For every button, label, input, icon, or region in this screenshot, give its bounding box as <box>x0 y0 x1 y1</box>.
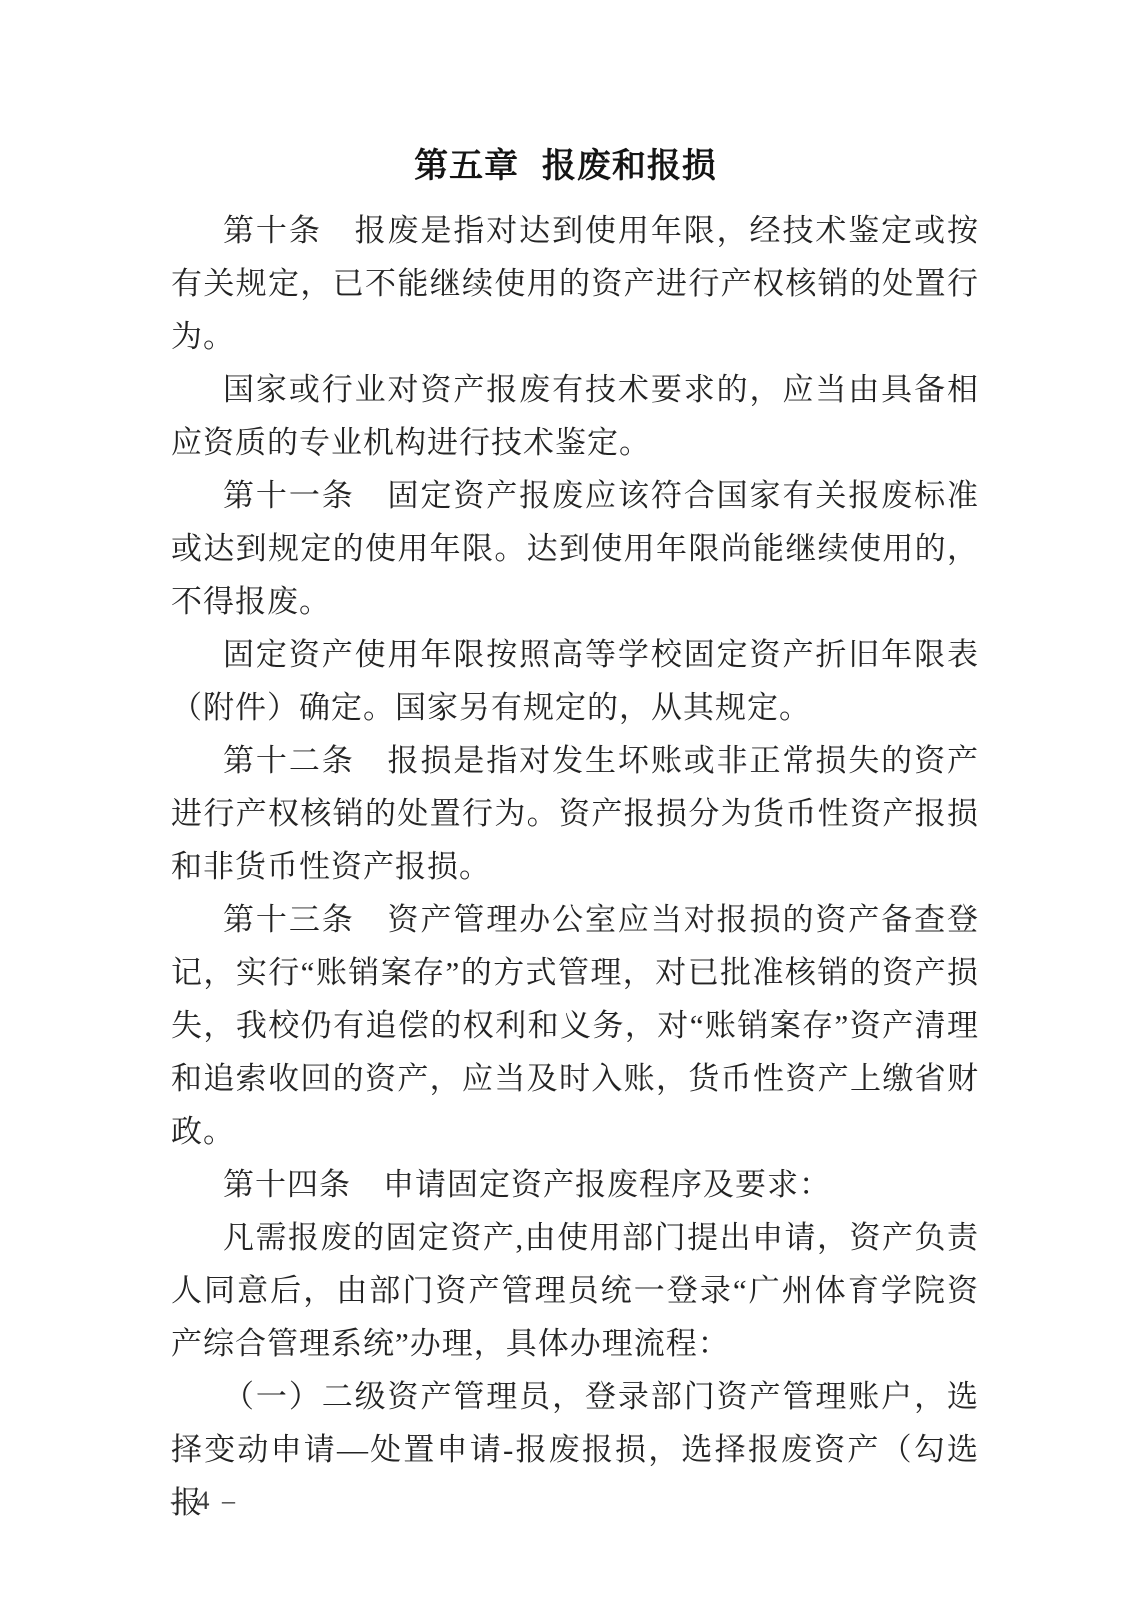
paragraph-article-14-procedure: 凡需报废的固定资产,由使用部门提出申请，资产负责人同意后，由部门资产管理员统一登… <box>171 1211 979 1370</box>
paragraph-article-11: 第十一条 固定资产报废应该符合国家有关报废标准或达到规定的使用年限。达到使用年限… <box>171 469 979 628</box>
paragraph-article-14-step-1: （一）二级资产管理员，登录部门资产管理账户，选择变动申请—处置申请-报废报损，选… <box>171 1370 979 1529</box>
paragraph-article-11-supplement: 固定资产使用年限按照高等学校固定资产折旧年限表（附件）确定。国家另有规定的，从其… <box>171 628 979 734</box>
paragraph-article-10: 第十条 报废是指对达到使用年限，经技术鉴定或按有关规定，已不能继续使用的资产进行… <box>171 204 979 363</box>
page-number: – 4 – <box>171 1486 238 1516</box>
chapter-title: 第五章 报废和报损 <box>0 145 1131 187</box>
paragraph-article-10-supplement: 国家或行业对资产报废有技术要求的，应当由具备相应资质的专业机构进行技术鉴定。 <box>171 363 979 469</box>
paragraph-article-13: 第十三条 资产管理办公室应当对报损的资产备查登记，实行“账销案存”的方式管理，对… <box>171 893 979 1158</box>
paragraph-article-12: 第十二条 报损是指对发生坏账或非正常损失的资产进行产权核销的处置行为。资产报损分… <box>171 734 979 893</box>
paragraph-article-14: 第十四条 申请固定资产报废程序及要求： <box>171 1158 979 1211</box>
document-body: 第十条 报废是指对达到使用年限，经技术鉴定或按有关规定，已不能继续使用的资产进行… <box>171 204 979 1529</box>
document-page: 第五章 报废和报损 第十条 报废是指对达到使用年限，经技术鉴定或按有关规定，已不… <box>0 0 1131 1600</box>
